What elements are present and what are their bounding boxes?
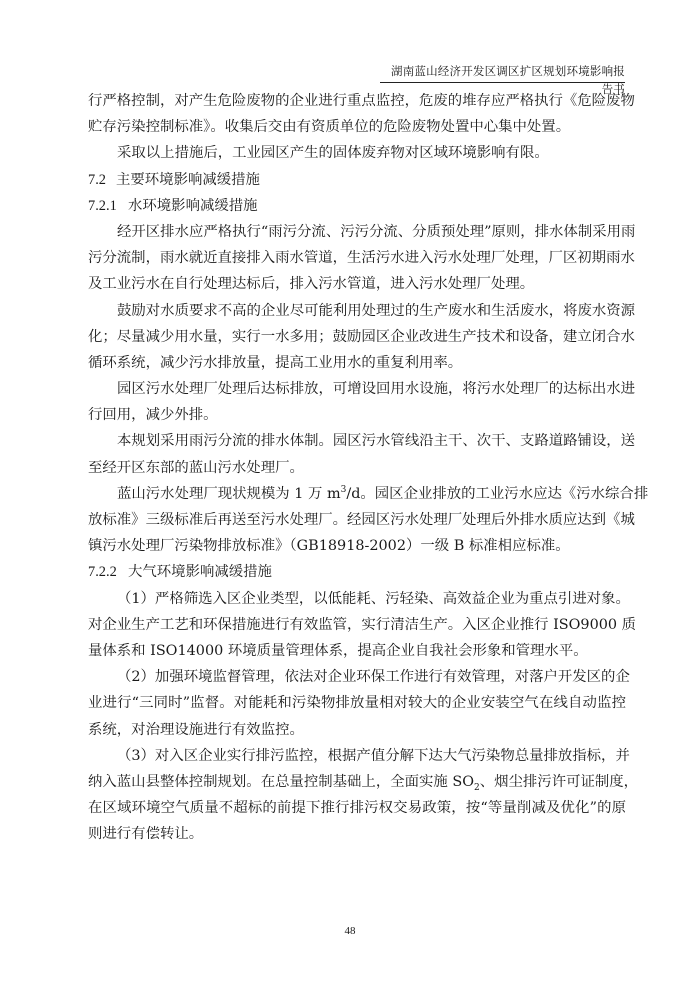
paragraph-line: 行严格控制，对产生危险废物的企业进行重点监控，危废的堆存应严格执行《危险废物	[88, 88, 626, 114]
paragraph-line: 行回用，减少外排。	[88, 402, 626, 428]
page-number: 48	[0, 925, 700, 937]
paragraph-line: 本规划采用雨污分流的排水体制。园区污水管线沿主干、次干、支路道路铺设，送	[88, 428, 626, 454]
running-header: 湖南蓝山经济开发区调区扩区规划环境影响报告书	[380, 62, 625, 83]
section-heading-7-2-2: 7.2.2大气环境影响减缓措施	[88, 559, 626, 585]
paragraph-line: 贮存污染控制标准》。收集后交由有资质单位的危险废物处置中心集中处置。	[88, 114, 626, 140]
paragraph-line: 循环系统，减少污水排放量，提高工业用水的重复利用率。	[88, 350, 626, 376]
section-number: 7.2	[88, 167, 116, 193]
paragraph-line: （3）对入区企业实行排污监控，根据产值分解下达大气污染物总量排放指标，并	[88, 743, 626, 769]
section-number: 7.2.2	[88, 559, 128, 585]
section-title: 主要环境影响减缓措施	[116, 172, 260, 188]
paragraph-line: 则进行有偿转让。	[88, 821, 626, 847]
paragraph-line: 蓝山污水处理厂现状规模为 1 万 m3/d。园区企业排放的工业污水应达《污水综合…	[88, 481, 626, 507]
section-title: 大气环境影响减缓措施	[128, 564, 272, 580]
paragraph-line: 放标准》三级标准后再送至污水处理厂。经园区污水处理厂处理后外排水质应达到《城	[88, 507, 626, 533]
paragraph-line: 鼓励对水质要求不高的企业尽可能利用处理过的生产废水和生活废水，将废水资源	[88, 298, 626, 324]
section-title: 水环境影响减缓措施	[128, 198, 258, 214]
paragraph-line: （1）严格筛选入区企业类型，以低能耗、污轻染、高效益企业为重点引进对象。	[88, 586, 626, 612]
paragraph-line: 在区域环境空气质量不超标的前提下推行排污权交易政策，按“等量削减及优化”的原	[88, 795, 626, 821]
paragraph-line: 污分流制，雨水就近直接排入雨水管道，生活污水进入污水处理厂处理，厂区初期雨水	[88, 245, 626, 271]
section-heading-7-2: 7.2主要环境影响减缓措施	[88, 167, 626, 193]
document-body: 行严格控制，对产生危险废物的企业进行重点监控，危废的堆存应严格执行《危险废物 贮…	[88, 88, 626, 847]
paragraph-line: 化；尽量减少用水量，实行一水多用；鼓励园区企业改进生产技术和设备，建立闭合水	[88, 324, 626, 350]
paragraph-line: 镇污水处理厂污染物排放标准》（GB18918-2002）一级 B 标准相应标准。	[88, 533, 626, 559]
paragraph-line: 园区污水处理厂处理后达标排放，可增设回用水设施，将污水处理厂的达标出水进	[88, 376, 626, 402]
paragraph-line: 对企业生产工艺和环保措施进行有效监管，实行清洁生产。入区企业推行 ISO9000…	[88, 612, 626, 638]
paragraph-line: 纳入蓝山县整体控制规划。在总量控制基础上，全面实施 SO2、烟尘排污许可证制度，	[88, 769, 626, 795]
paragraph-line: （2）加强环境监督管理，依法对企业环保工作进行有效管理，对落户开发区的企	[88, 664, 626, 690]
paragraph-line: 采取以上措施后，工业园区产生的固体废弃物对区域环境影响有限。	[88, 140, 626, 166]
paragraph-line: 系统，对治理设施进行有效监控。	[88, 717, 626, 743]
section-heading-7-2-1: 7.2.1水环境影响减缓措施	[88, 193, 626, 219]
section-number: 7.2.1	[88, 193, 128, 219]
paragraph-line: 量体系和 ISO14000 环境质量管理体系，提高企业自我社会形象和管理水平。	[88, 638, 626, 664]
paragraph-line: 经开区排水应严格执行“雨污分流、污污分流、分质预处理”原则，排水体制采用雨	[88, 219, 626, 245]
paragraph-line: 业进行“三同时”监督。对能耗和污染物排放量相对较大的企业安装空气在线自动监控	[88, 690, 626, 716]
paragraph-line: 至经开区东部的蓝山污水处理厂。	[88, 455, 626, 481]
paragraph-line: 及工业污水在自行处理达标后，排入污水管道，进入污水处理厂处理。	[88, 271, 626, 297]
